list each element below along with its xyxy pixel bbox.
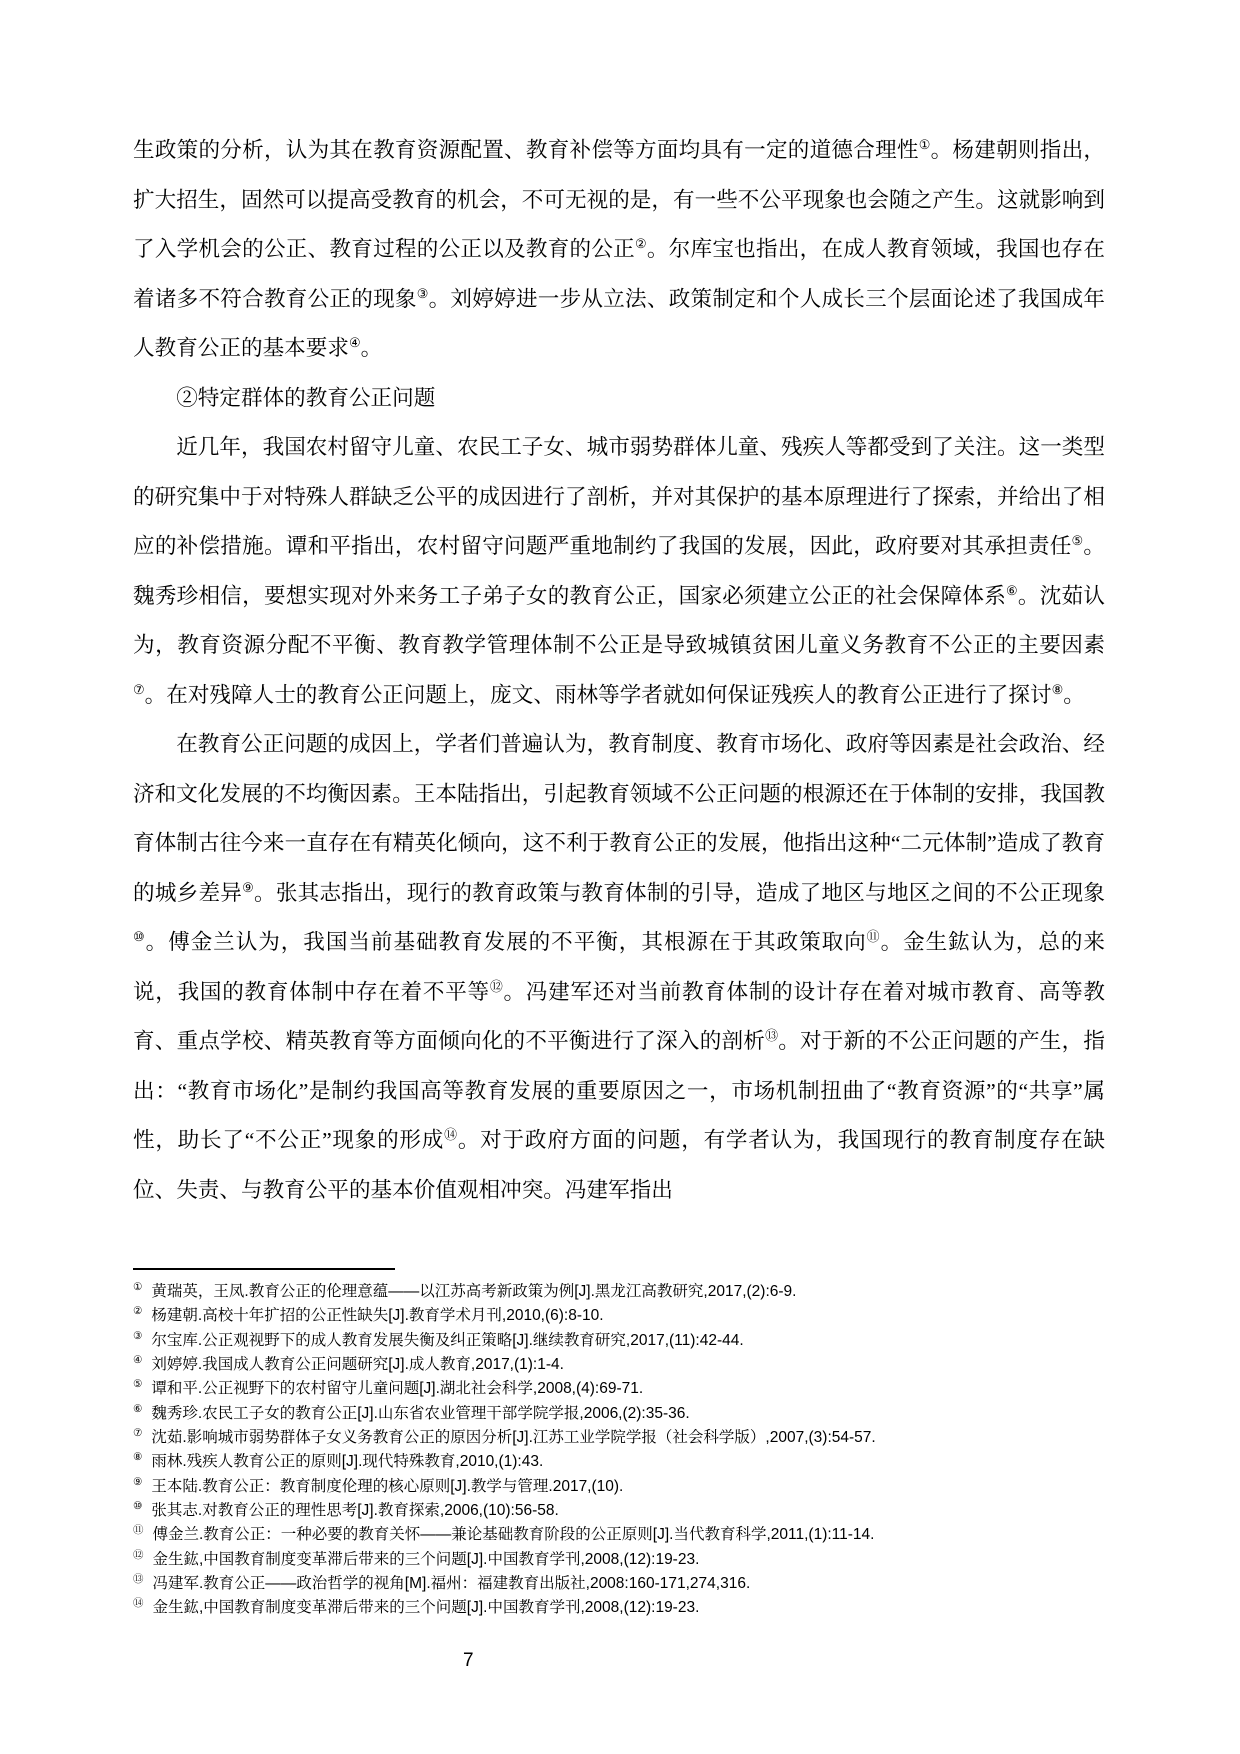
footnote-ref: ④ — [349, 335, 361, 350]
footnote-text: 雨林.残疾人教育公正的原则[J].现代特殊教育,2010,(1):43. — [151, 1453, 543, 1470]
footnote: ②杨建朝.高校十年扩招的公正性缺失[J].教育学术月刊,2010,(6):8-1… — [133, 1304, 1143, 1328]
footnote-ref: ③ — [417, 285, 429, 300]
footnote-text: 刘婷婷.我国成人教育公正问题研究[J].成人教育,2017,(1):1-4. — [151, 1356, 564, 1373]
footnote: ⑥魏秀珍.农民工子女的教育公正[J].山东省农业管理干部学院学报,2006,(2… — [133, 1402, 1143, 1426]
footnote: ⑤谭和平.公正视野下的农村留守儿童问题[J].湖北社会科学,2008,(4):6… — [133, 1377, 1143, 1401]
page-number: 7 — [463, 1650, 474, 1672]
footnotes: ①黄瑞英，王凤.教育公正的伦理意蕴——以江苏高考新政策为例[J].黑龙江高教研究… — [133, 1280, 1143, 1621]
footnote-text: 冯建军.教育公正——政治哲学的视角[M].福州：福建教育出版社,2008:160… — [153, 1575, 751, 1592]
section-heading: ②特定群体的教育公正问题 — [133, 374, 1105, 424]
footnote-ref: ⑧ — [1052, 681, 1064, 696]
paragraph: 生政策的分析，认为其在教育资源配置、教育补偿等方面均具有一定的道德合理性①。杨建… — [133, 126, 1105, 374]
footnote-text: 沈茹.影响城市弱势群体子女义务教育公正的原因分析[J].江苏工业学院学报（社会科… — [151, 1429, 875, 1446]
footnote: ⑫金生鈜,中国教育制度变革滞后带来的三个问题[J].中国教育学刊,2008,(1… — [133, 1548, 1143, 1572]
footnote-ref: ⑪ — [867, 929, 881, 944]
footnote-text: 魏秀珍.农民工子女的教育公正[J].山东省农业管理干部学院学报,2006,(2)… — [151, 1405, 689, 1422]
paragraph: 近几年，我国农村留守儿童、农民工子女、城市弱势群体儿童、残疾人等都受到了关注。这… — [133, 423, 1105, 720]
footnote-ref: ⑨ — [242, 879, 254, 894]
footnote-text: 金生鈜,中国教育制度变革滞后带来的三个问题[J].中国教育学刊,2008,(12… — [153, 1599, 700, 1616]
footnote-text: 黄瑞英，王凤.教育公正的伦理意蕴——以江苏高考新政策为例[J].黑龙江高教研究,… — [151, 1283, 796, 1300]
footnote: ⑪傅金兰.教育公正：一种必要的教育关怀——兼论基础教育阶段的公正原则[J].当代… — [133, 1523, 1143, 1547]
footnote-ref: ⑭ — [444, 1127, 458, 1142]
footnote: ⑩张其志.对教育公正的理性思考[J].教育探索,2006,(10):56-58. — [133, 1499, 1143, 1523]
footnote-ref: ⑦ — [133, 681, 145, 696]
footnote: ③尔宝库.公正观视野下的成人教育发展失衡及纠正策略[J].继续教育研究,2017… — [133, 1329, 1143, 1353]
footnote-text: 王本陆.教育公正：教育制度伦理的核心原则[J].教学与管理.2017,(10). — [151, 1478, 623, 1495]
footnote-text: 傅金兰.教育公正：一种必要的教育关怀——兼论基础教育阶段的公正原则[J].当代教… — [153, 1526, 875, 1543]
footnote-ref: ② — [635, 236, 647, 251]
footnote-ref: ⑤ — [1072, 533, 1084, 548]
footnote-separator — [133, 1268, 395, 1270]
footnote-ref: ⑥ — [1006, 582, 1018, 597]
footnote: ④刘婷婷.我国成人教育公正问题研究[J].成人教育,2017,(1):1-4. — [133, 1353, 1143, 1377]
footnote: ⑦沈茹.影响城市弱势群体子女义务教育公正的原因分析[J].江苏工业学院学报（社会… — [133, 1426, 1143, 1450]
footnote-text: 尔宝库.公正观视野下的成人教育发展失衡及纠正策略[J].继续教育研究,2017,… — [151, 1332, 743, 1349]
footnote-ref: ⑬ — [765, 1028, 778, 1043]
footnote: ⑧雨林.残疾人教育公正的原则[J].现代特殊教育,2010,(1):43. — [133, 1450, 1143, 1474]
footnote: ⑬冯建军.教育公正——政治哲学的视角[M].福州：福建教育出版社,2008:16… — [133, 1572, 1143, 1596]
body-text: 生政策的分析，认为其在教育资源配置、教育补偿等方面均具有一定的道德合理性①。杨建… — [133, 126, 1105, 1215]
footnote-ref: ⑫ — [490, 978, 504, 993]
paragraph: 在教育公正问题的成因上，学者们普遍认为，教育制度、教育市场化、政府等因素是社会政… — [133, 720, 1105, 1215]
footnote-text: 张其志.对教育公正的理性思考[J].教育探索,2006,(10):56-58. — [151, 1502, 558, 1519]
footnote-text: 金生鈜,中国教育制度变革滞后带来的三个问题[J].中国教育学刊,2008,(12… — [153, 1551, 700, 1568]
footnote-text: 杨建朝.高校十年扩招的公正性缺失[J].教育学术月刊,2010,(6):8-10… — [151, 1307, 603, 1324]
footnote-ref: ⑩ — [133, 929, 146, 944]
footnote-text: 谭和平.公正视野下的农村留守儿童问题[J].湖北社会科学,2008,(4):69… — [151, 1380, 643, 1397]
footnote: ⑭金生鈜,中国教育制度变革滞后带来的三个问题[J].中国教育学刊,2008,(1… — [133, 1596, 1143, 1620]
footnote-ref: ① — [919, 137, 931, 152]
document-page: 生政策的分析，认为其在教育资源配置、教育补偿等方面均具有一定的道德合理性①。杨建… — [0, 0, 1240, 1754]
footnote: ①黄瑞英，王凤.教育公正的伦理意蕴——以江苏高考新政策为例[J].黑龙江高教研究… — [133, 1280, 1143, 1304]
footnote: ⑨王本陆.教育公正：教育制度伦理的核心原则[J].教学与管理.2017,(10)… — [133, 1475, 1143, 1499]
